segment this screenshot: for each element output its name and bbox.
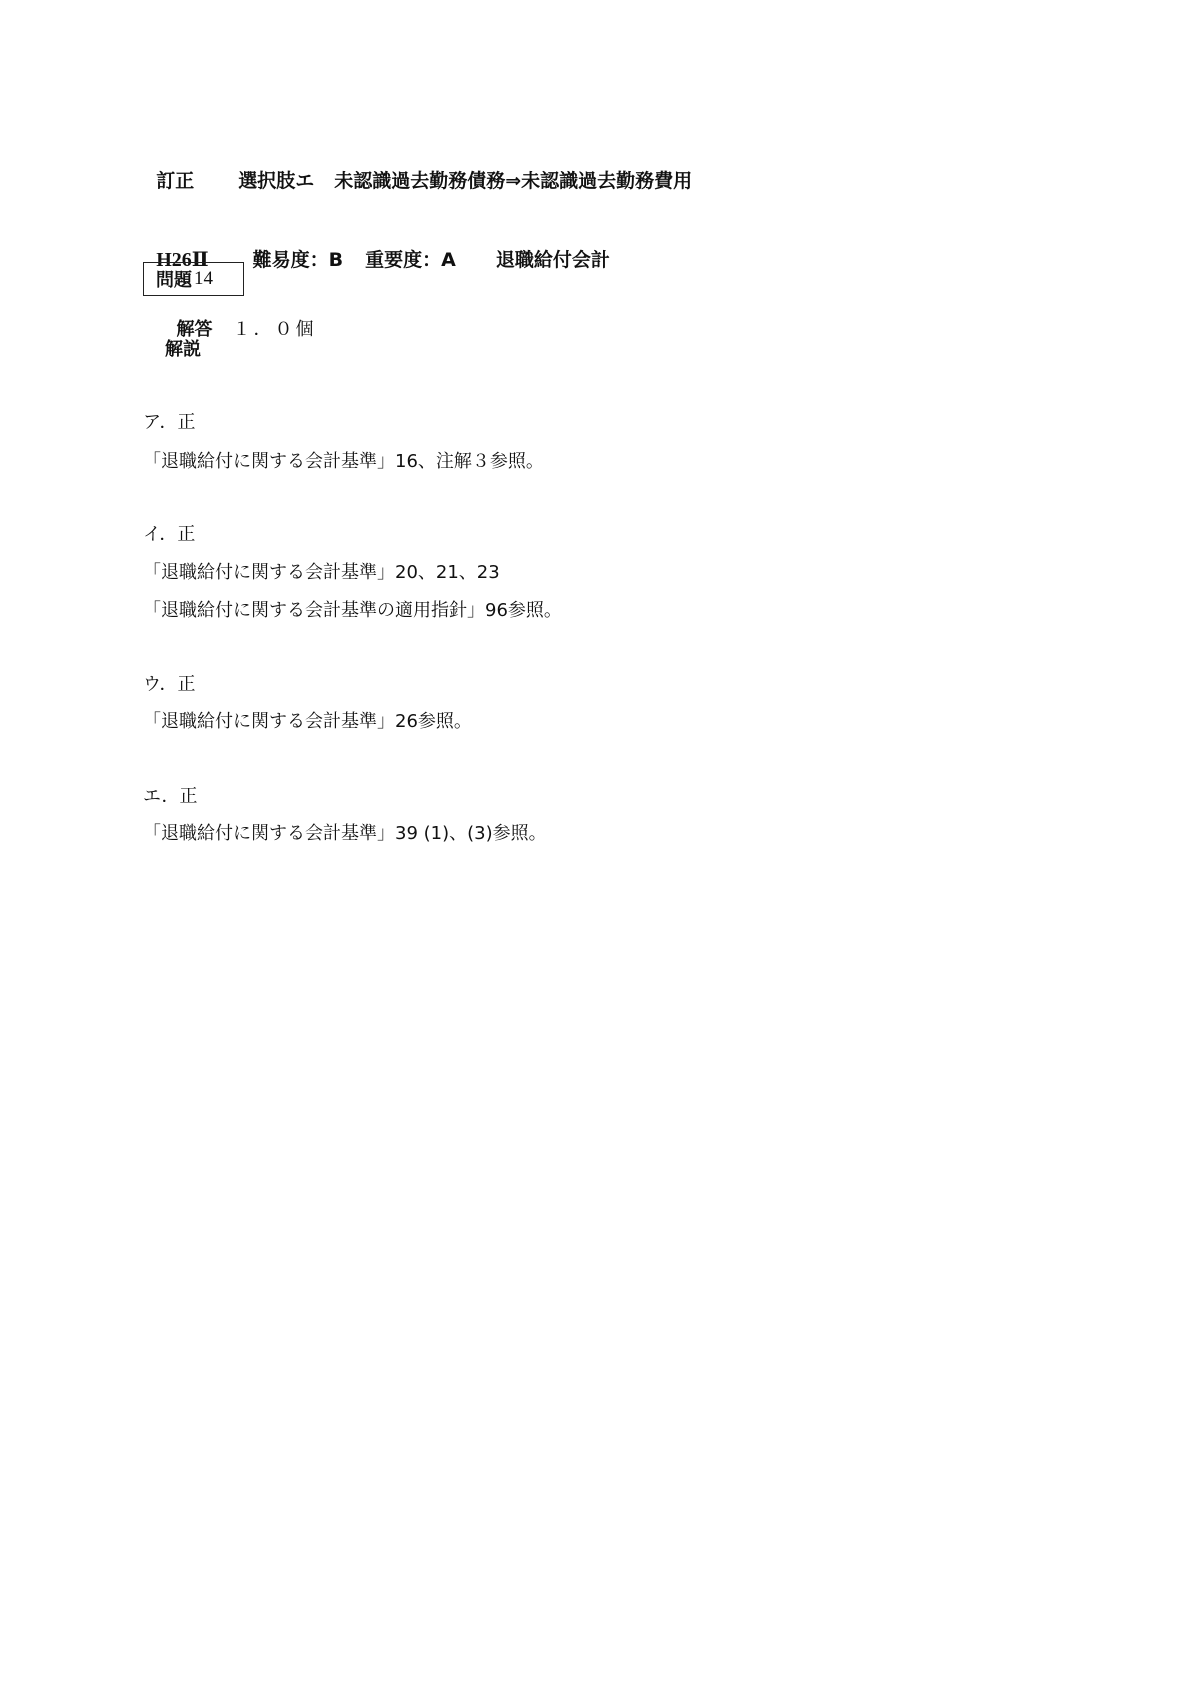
question-number-box: 問題14 [143, 262, 244, 296]
answer-line: 解答１．０個 [165, 303, 316, 339]
explanation-item-reference: 「退職給付に関する会計基準の適用指針」96参照。 [143, 602, 562, 620]
explanation-item-head: イ．正 [143, 526, 195, 544]
question-label: 問題 [156, 266, 192, 292]
difficulty-rating: 難易度：B [253, 251, 343, 270]
correction-change: 未認識過去勤務債務⇒未認識過去勤務費用 [334, 172, 692, 191]
explanation-item-head: ア．正 [143, 414, 196, 432]
explanation-item-head: ウ．正 [143, 676, 196, 694]
explanation-label: 解説 [165, 341, 201, 359]
question-number: 14 [194, 268, 213, 290]
explanation-item-reference: 「退職給付に関する会計基準」20、21、23 [143, 564, 500, 582]
correction-line: 訂正選択肢エ未認識過去勤務債務⇒未認識過去勤務費用 [143, 153, 692, 191]
correction-target: 選択肢エ [238, 172, 314, 191]
answer-label: 解答 [176, 319, 212, 340]
topic-title: 退職給付会計 [496, 251, 610, 270]
answer-value: １．０個 [232, 319, 316, 340]
explanation-item-head: エ．正 [143, 788, 198, 806]
explanation-item-reference: 「退職給付に関する会計基準」26参照。 [143, 713, 472, 731]
importance-rating: 重要度：A [365, 251, 456, 270]
explanation-item-reference: 「退職給付に関する会計基準」39 (1)、(3)参照。 [143, 825, 547, 843]
correction-label: 訂正 [156, 172, 194, 191]
explanation-item-reference: 「退職給付に関する会計基準」16、注解３参照。 [143, 453, 544, 471]
